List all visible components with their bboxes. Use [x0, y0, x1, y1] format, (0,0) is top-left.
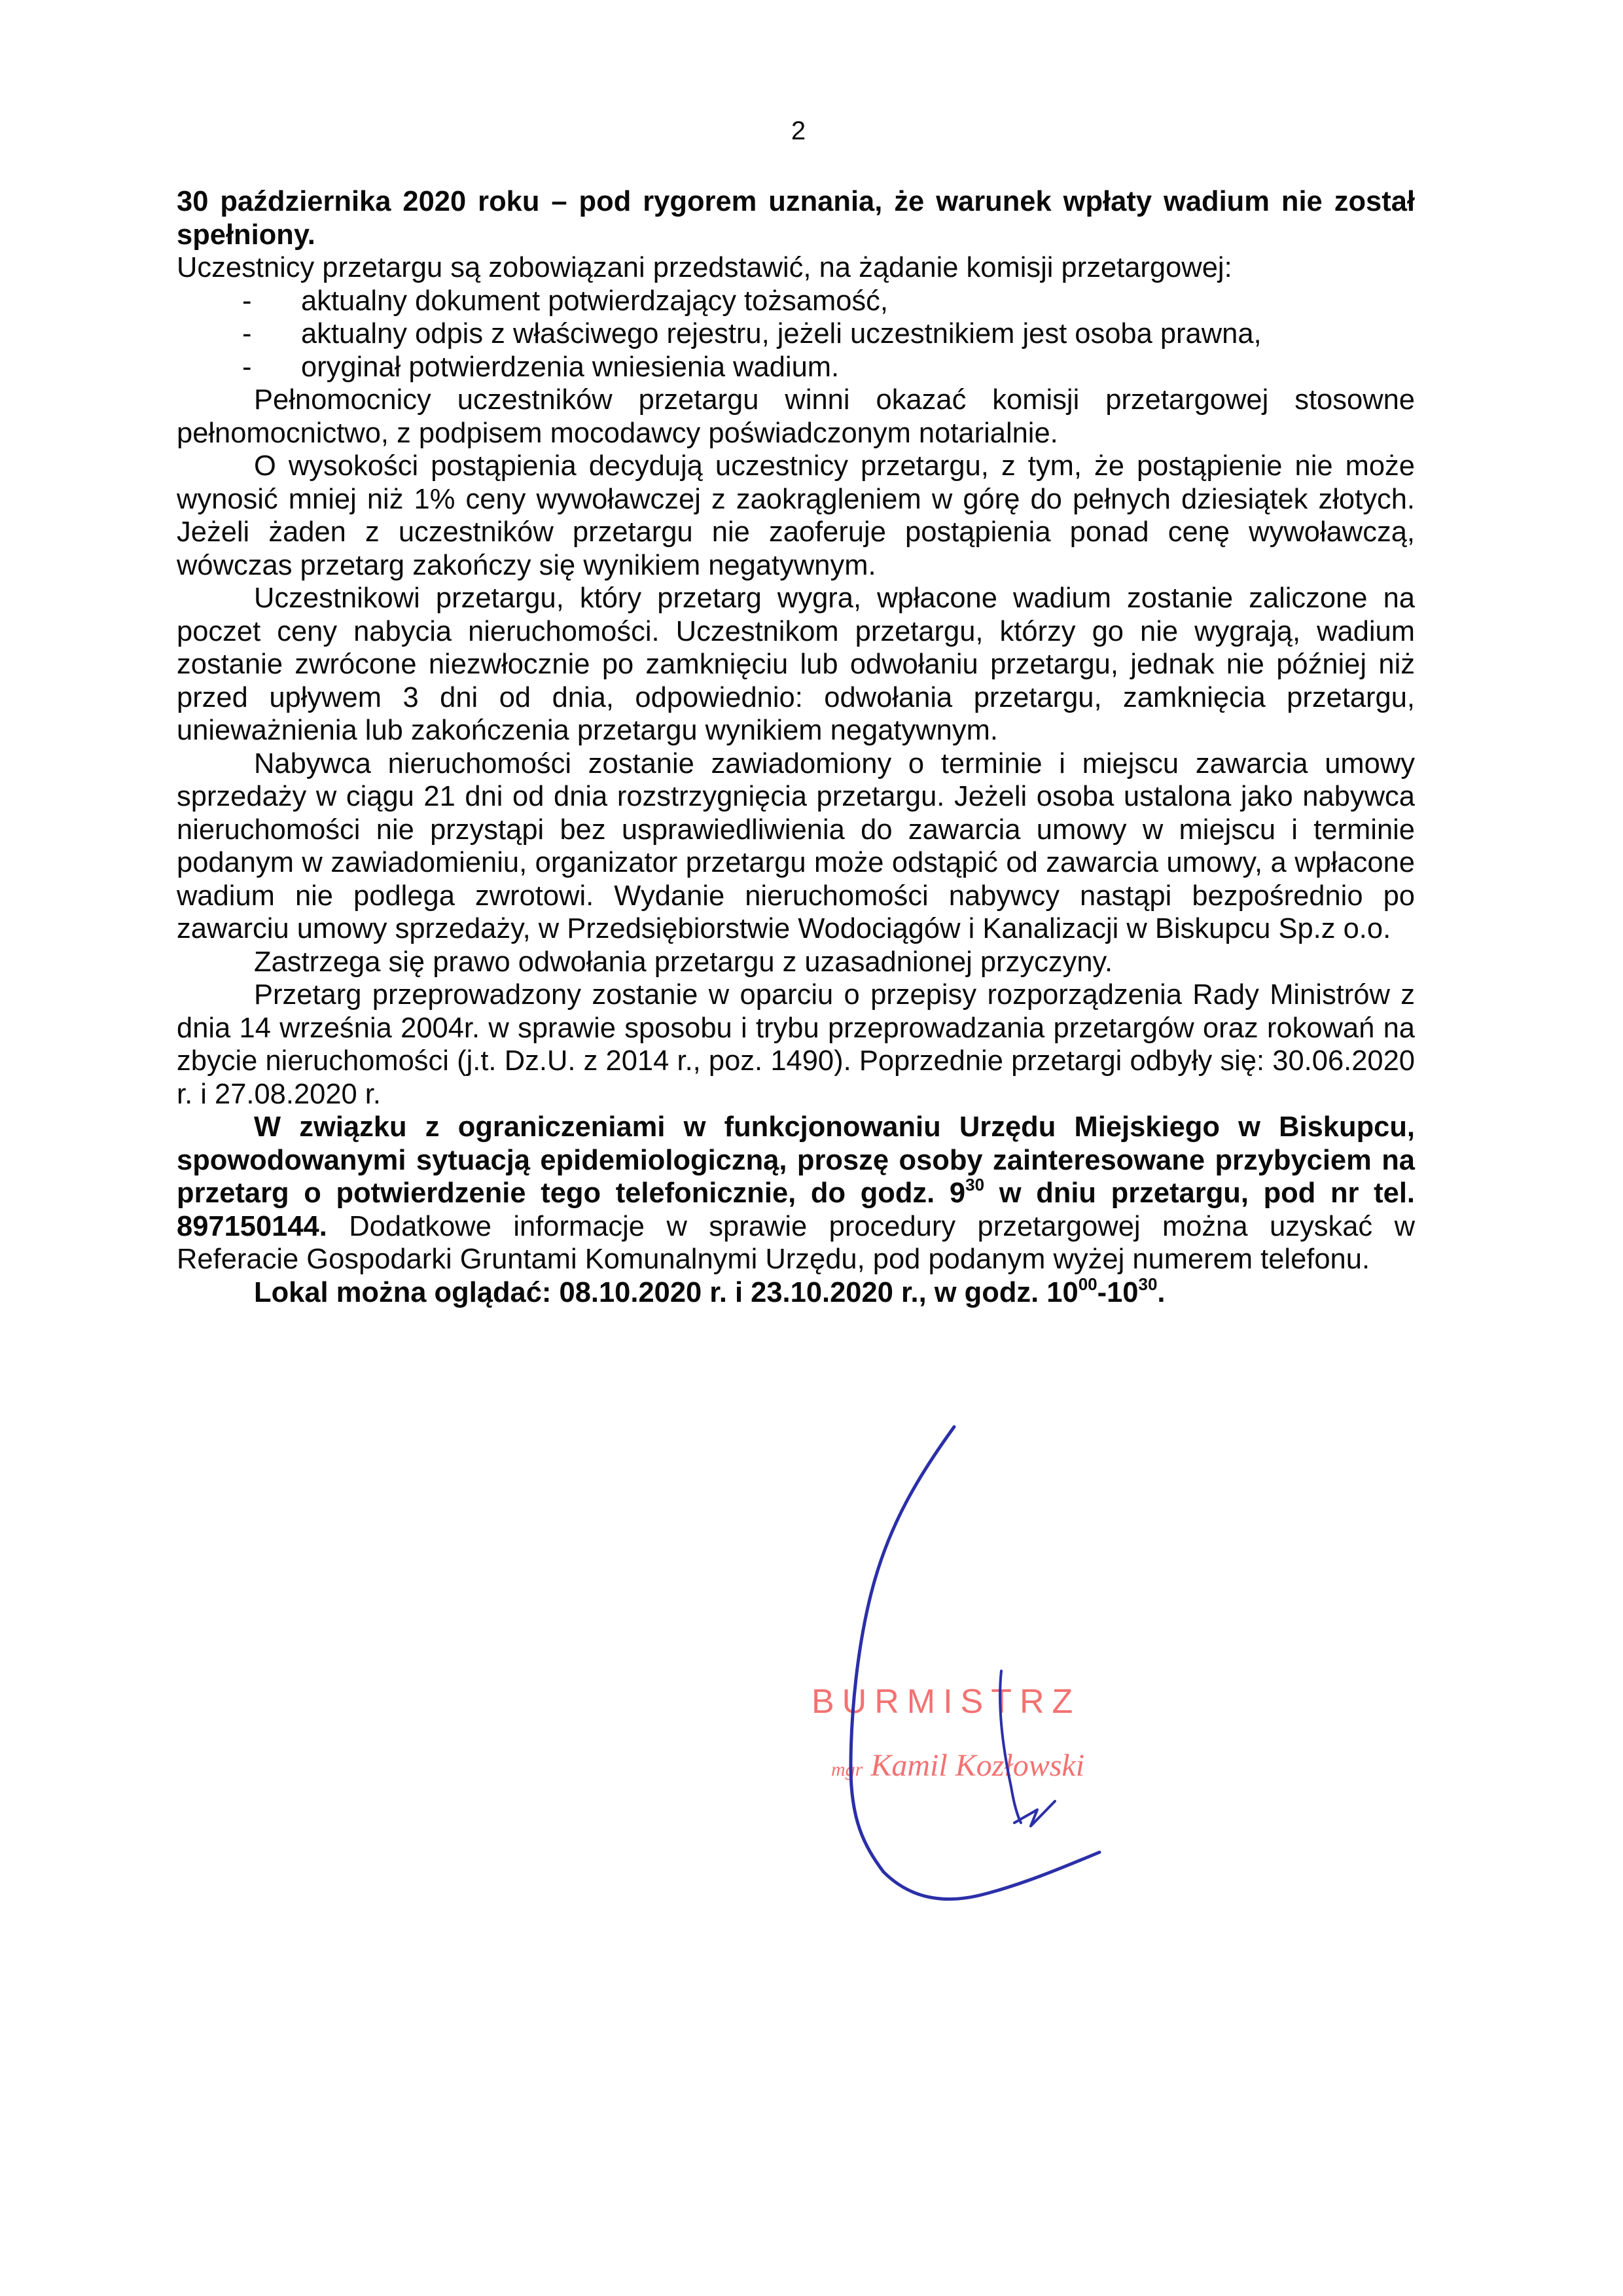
requirement-text: aktualny odpis z właściwego rejestru, je…	[301, 318, 1262, 350]
dash-bullet: -	[242, 351, 252, 384]
requirement-item: -aktualny odpis z właściwego rejestru, j…	[242, 317, 1415, 351]
viewing-end: .	[1157, 1277, 1165, 1308]
paragraph-sale-agreement: Nabywca nieruchomości zostanie zawiadomi…	[177, 747, 1415, 946]
paragraph-proxies: Pełnomocnicy uczestników przetargu winni…	[177, 384, 1415, 450]
viewing-text: Lokal można oglądać: 08.10.2020 r. i 23.…	[254, 1277, 1079, 1308]
covid-notice-info: Dodatkowe informacje w sprawie procedury…	[177, 1211, 1415, 1276]
mayor-stamp: BURMISTRZ mgr Kamil Kozłowski	[811, 1682, 1152, 1784]
stamp-title: BURMISTRZ	[811, 1682, 1152, 1721]
paragraph-covid-notice: W związku z ograniczeniami w funkcjonowa…	[177, 1111, 1415, 1276]
page-number: 2	[0, 117, 1597, 146]
requirement-text: aktualny dokument potwierdzający tożsamo…	[301, 285, 888, 317]
paragraph-viewing-dates: Lokal można oglądać: 08.10.2020 r. i 23.…	[177, 1276, 1415, 1310]
paragraph-right-to-cancel: Zastrzega się prawo odwołania przetargu …	[177, 946, 1415, 979]
time-superscript: 00	[1079, 1274, 1097, 1294]
dash-bullet: -	[242, 285, 252, 318]
stamp-name: mgr Kamil Kozłowski	[811, 1748, 1152, 1784]
viewing-dash: -10	[1097, 1277, 1139, 1308]
document-body: 30 października 2020 roku – pod rygorem …	[177, 185, 1415, 1309]
dash-bullet: -	[242, 317, 252, 351]
paragraph-deposit-refund: Uczestnikowi przetargu, który przetarg w…	[177, 582, 1415, 747]
requirement-text: oryginał potwierdzenia wniesienia wadium…	[301, 351, 839, 383]
stamp-name-prefix: mgr	[831, 1759, 863, 1780]
requirements-list: -aktualny dokument potwierdzający tożsam…	[177, 285, 1415, 384]
time-superscript: 30	[1139, 1274, 1158, 1294]
intro-bold-paragraph: 30 października 2020 roku – pod rygorem …	[177, 185, 1415, 251]
participants-intro: Uczestnicy przetargu są zobowiązani prze…	[177, 251, 1415, 285]
requirement-item: -aktualny dokument potwierdzający tożsam…	[242, 285, 1415, 318]
paragraph-bid-increment: O wysokości postąpienia decydują uczestn…	[177, 450, 1415, 582]
stamp-name-text: Kamil Kozłowski	[863, 1748, 1084, 1783]
paragraph-legal-basis: Przetarg przeprowadzony zostanie w oparc…	[177, 978, 1415, 1111]
requirement-item: -oryginał potwierdzenia wniesienia wadiu…	[242, 351, 1415, 384]
time-superscript: 30	[965, 1175, 984, 1194]
